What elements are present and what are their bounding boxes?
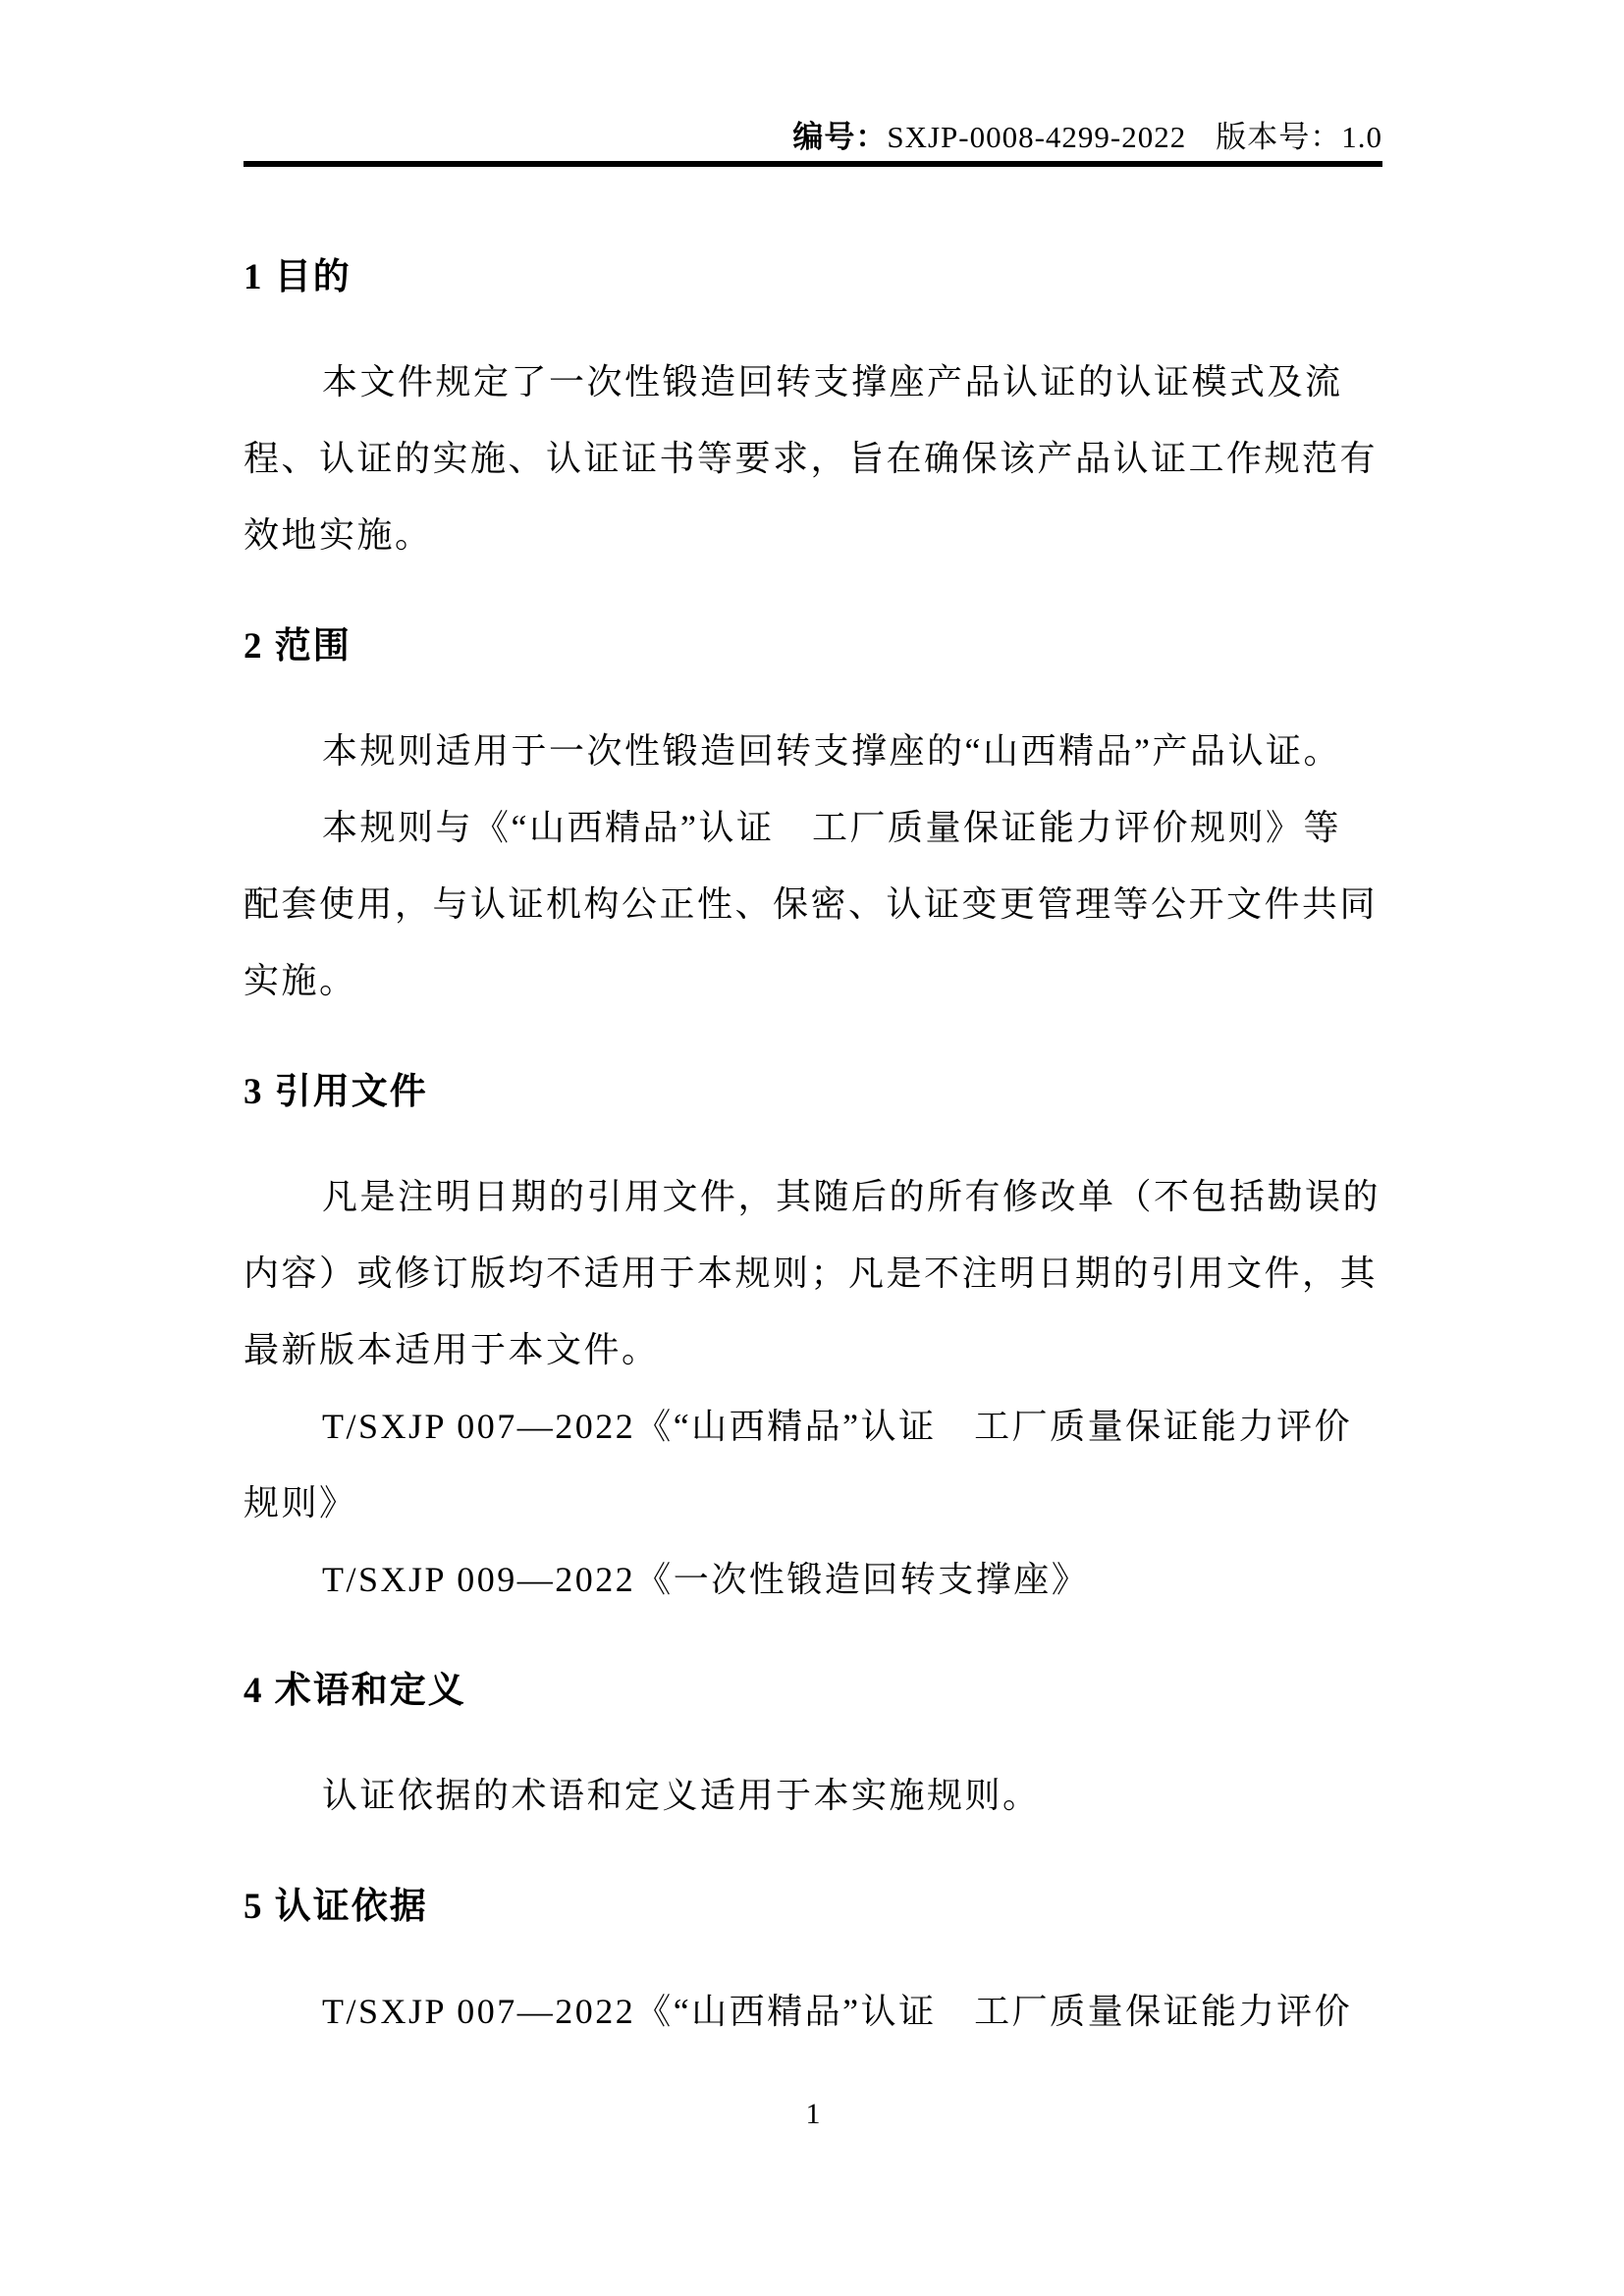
paragraph-line: 本规则与《“山西精品”认证 工厂质量保证能力评价规则》等 xyxy=(244,789,1382,866)
paragraph-line: 本文件规定了一次性锻造回转支撑座产品认证的认证模式及流 xyxy=(244,344,1382,420)
reference-standard-line: T/SXJP 009—2022《一次性锻造回转支撑座》 xyxy=(244,1541,1382,1618)
paragraph-line: 最新版本适用于本文件。 xyxy=(244,1311,1382,1388)
page-content: 编号：SXJP-0008-4299-2022版本号：1.0 1 目的 本文件规定… xyxy=(0,0,1624,2134)
section-heading-4: 4 术语和定义 xyxy=(244,1653,1382,1730)
page-header: 编号：SXJP-0008-4299-2022版本号：1.0 xyxy=(244,118,1382,167)
doc-number-label: 编号： xyxy=(792,120,887,154)
section-certification-basis: 5 认证依据 T/SXJP 007—2022《“山西精品”认证 工厂质量保证能力… xyxy=(244,1869,1382,2050)
doc-number-value: SXJP-0008-4299-2022 xyxy=(887,120,1186,154)
page-number: 1 xyxy=(244,2095,1382,2134)
section-references: 3 引用文件 凡是注明日期的引用文件，其随后的所有修改单（不包括勘误的 内容）或… xyxy=(244,1054,1382,1618)
reference-standard-line: T/SXJP 007—2022《“山西精品”认证 工厂质量保证能力评价 xyxy=(244,1973,1382,2050)
doc-version-label: 版本号： xyxy=(1216,120,1341,154)
section-scope: 2 范围 本规则适用于一次性锻造回转支撑座的“山西精品”产品认证。 本规则与《“… xyxy=(244,609,1382,1019)
reference-standard-line: T/SXJP 007—2022《“山西精品”认证 工厂质量保证能力评价 xyxy=(244,1388,1382,1465)
section-heading-3: 3 引用文件 xyxy=(244,1054,1382,1131)
document-number-line: 编号：SXJP-0008-4299-2022版本号：1.0 xyxy=(244,118,1382,157)
paragraph-line: 配套使用，与认证机构公正性、保密、认证变更管理等公开文件共同 xyxy=(244,866,1382,942)
paragraph-line: 认证依据的术语和定义适用于本实施规则。 xyxy=(244,1757,1382,1834)
paragraph-line: 凡是注明日期的引用文件，其随后的所有修改单（不包括勘误的 xyxy=(244,1158,1382,1235)
paragraph-line: 内容）或修订版均不适用于本规则；凡是不注明日期的引用文件，其 xyxy=(244,1235,1382,1311)
section-heading-1: 1 目的 xyxy=(244,240,1382,316)
doc-version-value: 1.0 xyxy=(1341,120,1382,154)
paragraph-line: 程、认证的实施、认证证书等要求，旨在确保该产品认证工作规范有 xyxy=(244,420,1382,497)
document-page: { "header": { "number_label": "编号：", "nu… xyxy=(0,0,1624,2296)
section-heading-5: 5 认证依据 xyxy=(244,1869,1382,1946)
paragraph-line: 实施。 xyxy=(244,942,1382,1019)
section-terms: 4 术语和定义 认证依据的术语和定义适用于本实施规则。 xyxy=(244,1653,1382,1834)
reference-standard-line: 规则》 xyxy=(244,1465,1382,1541)
paragraph-line: 效地实施。 xyxy=(244,497,1382,573)
header-rule xyxy=(244,161,1382,167)
section-purpose: 1 目的 本文件规定了一次性锻造回转支撑座产品认证的认证模式及流 程、认证的实施… xyxy=(244,240,1382,573)
page-footer: 1 xyxy=(244,2095,1382,2134)
section-heading-2: 2 范围 xyxy=(244,609,1382,685)
paragraph-line: 本规则适用于一次性锻造回转支撑座的“山西精品”产品认证。 xyxy=(244,713,1382,789)
document-body: 1 目的 本文件规定了一次性锻造回转支撑座产品认证的认证模式及流 程、认证的实施… xyxy=(244,240,1382,2050)
